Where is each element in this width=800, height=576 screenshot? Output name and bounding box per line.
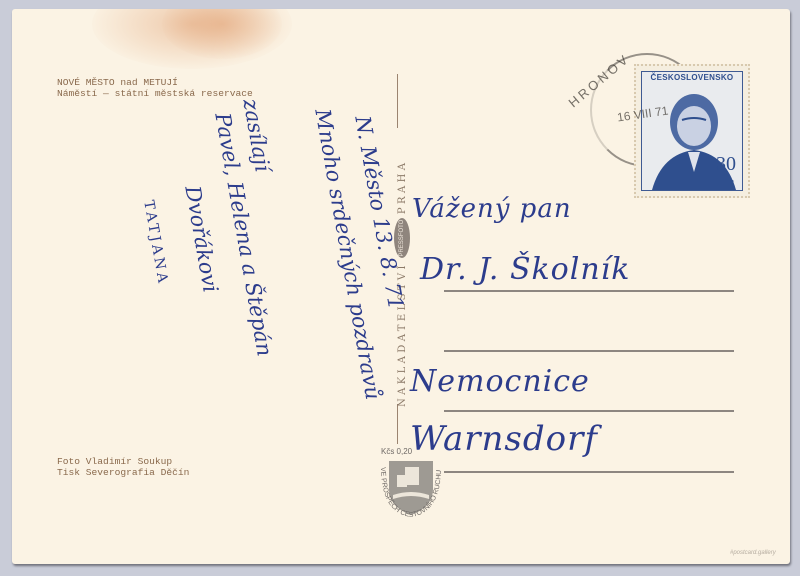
divider-line — [397, 404, 398, 444]
divider-line — [397, 74, 398, 128]
svg-text:VE PROSPĚCH CESTOVNÍHO RUCHU: VE PROSPĚCH CESTOVNÍHO RUCHU — [379, 467, 443, 519]
address-line — [444, 471, 734, 473]
address-line — [444, 290, 734, 292]
postage-stamp: ČESKOSLOVENSKO 30 h — [634, 64, 750, 198]
caption-subtitle: Náměstí — státní městská reservace — [57, 88, 253, 99]
photographer-credit: Foto Vladimír Soukup — [57, 456, 189, 467]
address-line-3: Nemocnice — [410, 364, 590, 399]
address-salutation: Vážený pan — [412, 194, 572, 224]
address-name: Dr. J. Školník — [420, 252, 630, 287]
watermark: #postcard.gallery — [730, 550, 776, 556]
address-line — [444, 410, 734, 412]
message-signature: TATJANA — [140, 199, 171, 287]
stamp-unit: h — [730, 177, 734, 186]
postcard: NOVÉ MĚSTO nad METUJÍ Náměstí — státní m… — [12, 9, 790, 564]
message-line: zasílají — [238, 97, 274, 174]
photo-caption: NOVÉ MĚSTO nad METUJÍ Náměstí — státní m… — [57, 77, 253, 99]
message-line: Dvořákovi — [180, 184, 222, 294]
printer-credit: Tisk Severografia Děčín — [57, 467, 189, 478]
photo-credits: Foto Vladimír Soukup Tisk Severografia D… — [57, 456, 189, 478]
publisher-city: PRAHA — [397, 160, 408, 214]
stamp-value: 30 — [716, 153, 736, 176]
charity-text: VE PROSPĚCH CESTOVNÍHO RUCHU — [379, 467, 443, 519]
caption-title: NOVÉ MĚSTO nad METUJÍ — [57, 77, 253, 88]
address-line — [444, 350, 734, 352]
address-line-4: Warnsdorf — [410, 419, 598, 459]
